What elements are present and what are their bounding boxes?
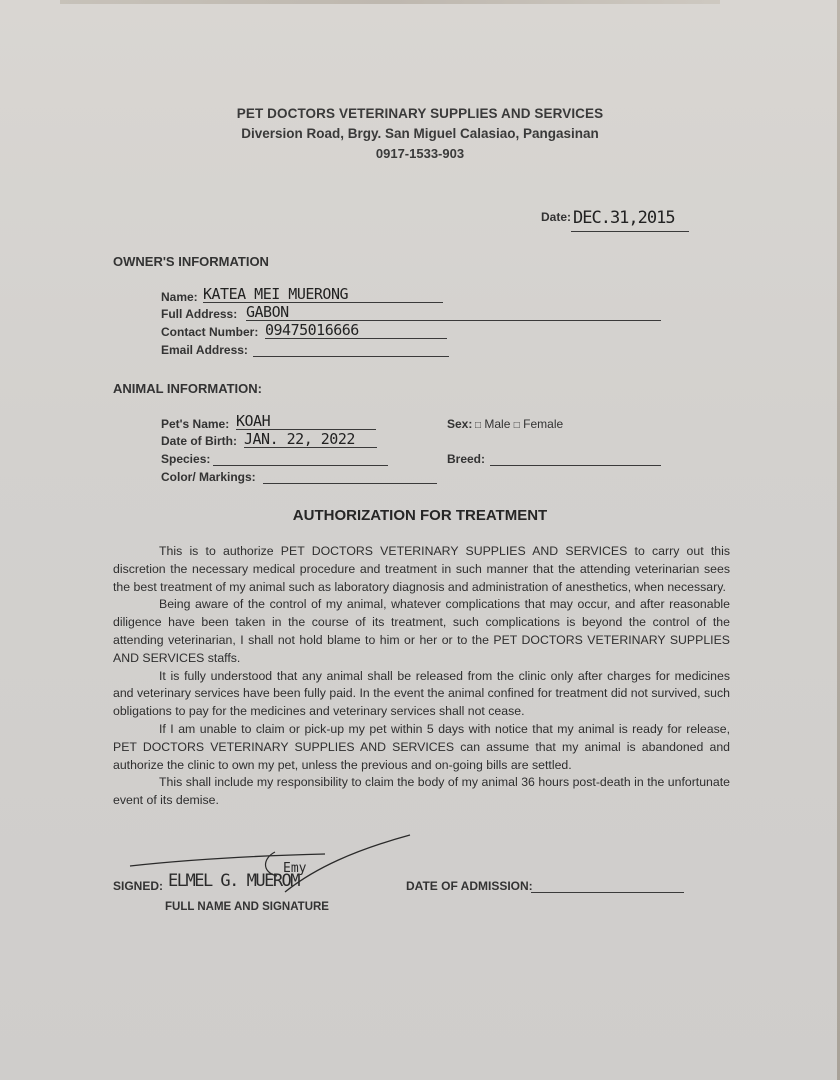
date-of-admission-label: DATE OF ADMISSION: (406, 879, 533, 893)
authorization-paragraph: Being aware of the control of my animal,… (113, 596, 730, 667)
authorization-title: AUTHORIZATION FOR TREATMENT (0, 507, 840, 524)
color-markings-field[interactable] (263, 466, 437, 484)
date-of-birth-field[interactable]: JAN. 22, 2022 (244, 430, 377, 448)
date-field[interactable]: DEC.31,2015 (571, 206, 689, 232)
full-name-signature-caption: FULL NAME AND SIGNATURE (165, 901, 329, 913)
email-address-field[interactable] (253, 339, 449, 357)
pet-name-label: Pet's Name: (161, 417, 229, 431)
sex-option-male: Male (484, 417, 510, 431)
full-address-field[interactable]: GABON (246, 303, 661, 321)
authorization-paragraph: This shall include my responsibility to … (113, 774, 730, 810)
contact-number-label: Contact Number: (161, 325, 258, 339)
contact-number-field[interactable]: 09475016666 (265, 321, 447, 339)
date-of-birth-label: Date of Birth: (161, 434, 237, 448)
business-address: Diversion Road, Brgy. San Miguel Calasia… (0, 126, 840, 141)
date-label: Date: (541, 210, 571, 224)
owner-section-title: OWNER'S INFORMATION (113, 254, 269, 269)
breed-label: Breed: (447, 452, 485, 466)
sex-options: □ Male □ Female (475, 417, 563, 431)
color-markings-label: Color/ Markings: (161, 470, 256, 484)
checkbox-male[interactable]: □ (475, 420, 481, 431)
business-phone: 0917-1533-903 (0, 146, 840, 161)
email-address-label: Email Address: (161, 343, 248, 357)
authorization-body: This is to authorize PET DOCTORS VETERIN… (113, 543, 730, 810)
signed-name-field[interactable]: ELMEL G. MUEROM (168, 870, 408, 894)
date-of-admission-field[interactable] (531, 877, 684, 893)
pet-name-field[interactable]: KOAH (236, 412, 376, 430)
checkbox-female[interactable]: □ (514, 420, 520, 431)
owner-name-label: Name: (161, 290, 198, 304)
paper-top-edge (60, 0, 720, 4)
authorization-paragraph: This is to authorize PET DOCTORS VETERIN… (113, 543, 730, 596)
species-label: Species: (161, 452, 210, 466)
species-field[interactable] (213, 448, 388, 466)
business-name: PET DOCTORS VETERINARY SUPPLIES AND SERV… (0, 106, 840, 121)
owner-name-field[interactable]: KATEA MEI MUERONG (203, 285, 443, 303)
sex-label: Sex: (447, 417, 472, 431)
full-address-label: Full Address: (161, 307, 237, 321)
sex-option-female: Female (523, 417, 563, 431)
authorization-paragraph: It is fully understood that any animal s… (113, 668, 730, 721)
breed-field[interactable] (490, 448, 661, 466)
authorization-paragraph: If I am unable to claim or pick-up my pe… (113, 721, 730, 774)
animal-section-title: ANIMAL INFORMATION: (113, 381, 262, 396)
signed-label: SIGNED: (113, 879, 163, 893)
